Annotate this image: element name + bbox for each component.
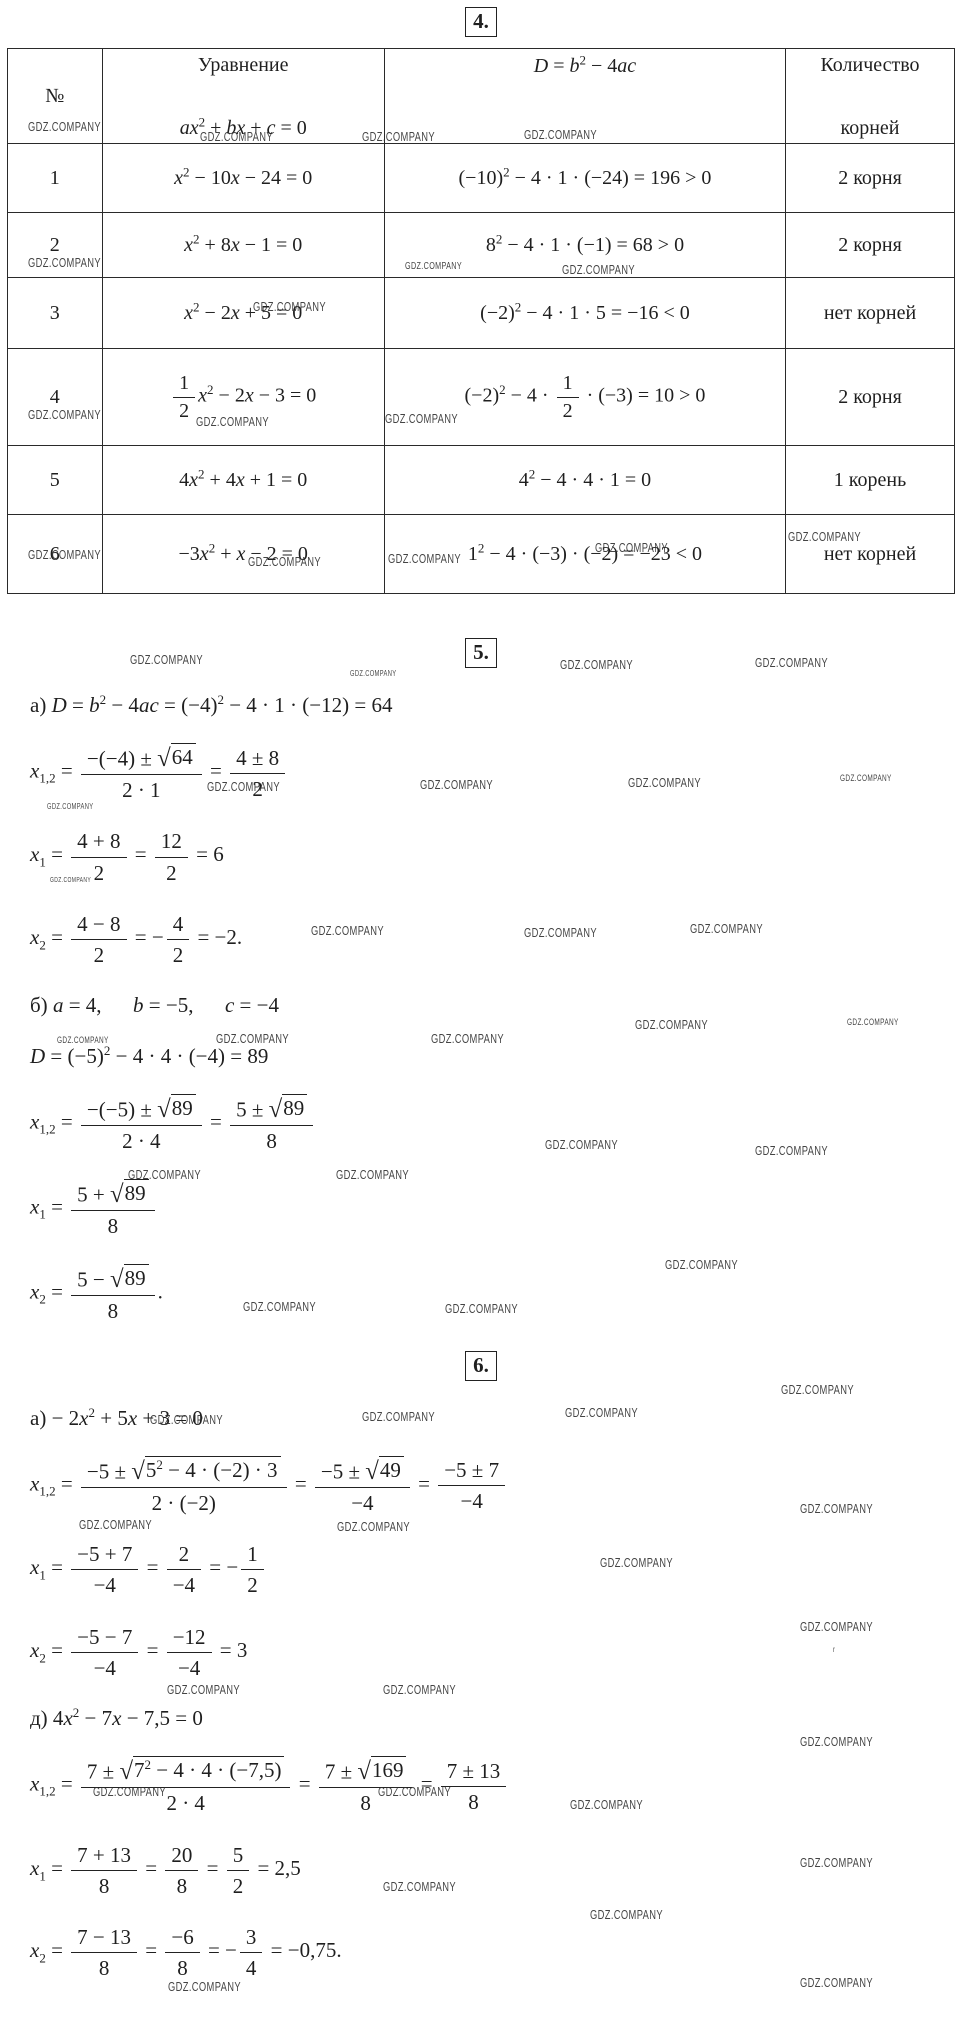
math-text: − 4: [106, 693, 139, 717]
math-text: = (−4): [159, 693, 218, 717]
math-text: =: [46, 1195, 68, 1219]
math-text: =: [415, 1772, 437, 1796]
fraction: 12: [557, 371, 579, 423]
fraction: −68: [165, 1923, 199, 1982]
subscript: 1,2: [39, 771, 55, 786]
math-text: − 1 = 0: [240, 234, 303, 256]
math-variable: b: [89, 693, 100, 717]
math-text: =: [46, 1856, 68, 1880]
math-text: − 4 · 1 · (−24) = 196 > 0: [510, 167, 712, 189]
numerator: 4 ± 8: [230, 744, 285, 774]
math-text: 12: [161, 829, 182, 853]
math-text: −3: [179, 543, 200, 565]
math-text: = 2,5: [252, 1856, 301, 1880]
math-variable: ac: [617, 55, 636, 77]
math-text: =: [46, 1938, 68, 1962]
math-line: x1 = 4 + 82 = 122 = 6: [30, 827, 962, 886]
math-text: −5 ±: [321, 1460, 365, 1484]
math-text: = 4,: [63, 993, 133, 1017]
math-variable: b: [133, 993, 144, 1017]
math-text: · (−3) = 10 > 0: [582, 385, 706, 407]
math-text: =: [56, 1109, 78, 1133]
math-variable: x: [184, 302, 193, 324]
equation-cell: −3x2 + x − 2 = 0: [102, 515, 384, 594]
denominator: 4: [240, 1953, 263, 1981]
fraction: 52: [227, 1841, 250, 1900]
numerator: 7 + 13: [71, 1841, 137, 1871]
math-text: = −2.: [192, 925, 242, 949]
radical-icon: √: [110, 1183, 124, 1207]
row-number-cell: 2: [8, 213, 103, 278]
math-text: 1: [247, 1542, 258, 1566]
math-text: −4: [173, 1573, 195, 1597]
math-variable: a: [53, 993, 64, 1017]
math-variable: x: [189, 469, 198, 491]
math-variable: x: [128, 1406, 137, 1430]
math-text: 5 +: [77, 1183, 110, 1207]
square-root: √64: [157, 743, 196, 770]
denominator: 2: [71, 940, 126, 968]
math-text: + 8: [200, 234, 231, 256]
table-row: 2x2 + 8x − 1 = 082 − 4 · 1 · (−1) = 68 >…: [8, 213, 955, 278]
denominator: −4: [167, 1570, 201, 1598]
numerator: −5 ± √49: [315, 1455, 410, 1488]
numerator: 1: [173, 371, 195, 398]
math-text: = −: [130, 925, 164, 949]
watermark-text: GDZ.COMPANY: [350, 669, 396, 678]
math-text: − 3 = 0: [254, 385, 317, 407]
math-text: =: [46, 1638, 68, 1662]
radical-icon: √: [119, 1760, 133, 1784]
radicand: 169: [371, 1756, 407, 1783]
numerator: −12: [167, 1623, 212, 1653]
roots-count-cell: 2 корня: [786, 144, 955, 213]
table-row: 6−3x2 + x − 2 = 012 − 4 · (−3) · (−2) = …: [8, 515, 955, 594]
math-variable: x: [198, 385, 207, 407]
math-text: −4: [94, 1656, 116, 1680]
math-text: + 3 = 0: [137, 1406, 203, 1430]
math-variable: x: [30, 1195, 39, 1219]
numerator: −(−4) ± √64: [81, 742, 202, 775]
fraction: 5 + √898: [71, 1178, 154, 1239]
watermark-text: GDZ.COMPANY: [781, 1382, 854, 1397]
radical-icon: √: [157, 1098, 171, 1122]
math-text: 2: [233, 1874, 244, 1898]
math-text: + 1 = 0: [245, 469, 308, 491]
math-text: − 4 ·: [506, 385, 554, 407]
radical-icon: √: [365, 1460, 379, 1484]
denominator: 8: [71, 1211, 154, 1239]
equation-cell: x2 + 8x − 1 = 0: [102, 213, 384, 278]
math-variable: b: [569, 55, 579, 77]
math-text: 7 ±: [87, 1760, 120, 1784]
math-text: 2: [179, 400, 189, 422]
radicand: 49: [379, 1456, 404, 1483]
math-text: 3: [246, 1925, 257, 1949]
math-text: −4: [460, 1489, 482, 1513]
math-variable: D: [534, 55, 548, 77]
square-root: √89: [157, 1094, 196, 1121]
radicand: 52 − 4 · (−2) · 3: [145, 1456, 281, 1483]
math-text: 4 − 8: [77, 912, 120, 936]
math-text: 8: [266, 1129, 277, 1153]
math-line: x2 = 4 − 82 = −42 = −2.: [30, 910, 962, 969]
numerator: 4 − 8: [71, 910, 126, 940]
fraction: 7 ± √1698: [319, 1755, 413, 1816]
math-text: − 4 · (−3) · (−2) = −23 < 0: [484, 543, 702, 565]
math-text: =: [46, 1280, 68, 1304]
math-text: −12: [173, 1625, 206, 1649]
math-text: 8: [468, 1790, 479, 1814]
denominator: 2: [241, 1570, 264, 1598]
watermark-text: GDZ.COMPANY: [130, 652, 203, 667]
math-variable: c: [225, 993, 234, 1017]
denominator: 2: [173, 398, 195, 423]
math-text: 2: [166, 861, 177, 885]
radicand: 89: [171, 1094, 196, 1121]
header-equation: Уравнение ax2 + bx + c = 0: [102, 49, 384, 144]
math-text: 2 · 1: [122, 778, 161, 802]
denominator: −4: [315, 1488, 410, 1516]
table-row: 54x2 + 4x + 1 = 042 − 4 · 4 · 1 = 01 кор…: [8, 446, 955, 515]
math-text: 4: [246, 1956, 257, 1980]
row-number-cell: 1: [8, 144, 103, 213]
equation-cell: x2 − 2x + 5 = 0: [102, 278, 384, 349]
roots-count-cell: 1 корень: [786, 446, 955, 515]
math-text: − 7,5 = 0: [121, 1706, 202, 1730]
table-row: 412x2 − 2x − 3 = 0(−2)2 − 4 · 12 · (−3) …: [8, 349, 955, 446]
denominator: 2: [71, 858, 126, 886]
fraction: 7 ± 138: [441, 1757, 507, 1816]
math-line: D = (−5)2 − 4 · 4 · (−4) = 89: [30, 1043, 962, 1069]
math-text: 7: [134, 1758, 145, 1782]
radicand: 64: [171, 743, 196, 770]
numerator: 1: [241, 1540, 264, 1570]
denominator: 2: [227, 1871, 250, 1899]
math-text: =: [141, 1555, 163, 1579]
numerator: 5 − √89: [71, 1263, 154, 1296]
row-number-cell: 3: [8, 278, 103, 349]
numerator: 5 + √89: [71, 1178, 154, 1211]
roots-count-cell: нет корней: [786, 515, 955, 594]
math-text: − 10: [190, 167, 231, 189]
math-text: 5: [146, 1458, 157, 1482]
math-text: 1: [179, 372, 189, 394]
fraction: 34: [240, 1923, 263, 1982]
math-text: =: [290, 1471, 312, 1495]
math-text: 8: [99, 1874, 110, 1898]
math-text: = −0,75.: [265, 1938, 341, 1962]
math-variable: x: [30, 1938, 39, 1962]
numerator: −5 − 7: [71, 1623, 138, 1653]
watermark-text: GDZ.COMPANY: [560, 657, 633, 672]
math-text: 8: [108, 1299, 119, 1323]
table-row: 3x2 − 2x + 5 = 0(−2)2 − 4 · 1 · 5 = −16 …: [8, 278, 955, 349]
math-variable: x: [30, 1638, 39, 1662]
header-discriminant: D = b2 − 4ac: [384, 49, 785, 144]
math-text: (−10): [459, 167, 504, 189]
header-equation-title: Уравнение: [109, 54, 378, 77]
math-text: =: [205, 759, 227, 783]
math-text: = −: [203, 1938, 237, 1962]
section-6-label: 6.: [465, 1351, 497, 1381]
fraction: 7 − 138: [71, 1923, 137, 1982]
math-line: x1,2 = −5 ± √52 − 4 · (−2) · 32 · (−2) =…: [30, 1455, 962, 1516]
discriminant-cell: 12 − 4 · (−3) · (−2) = −23 < 0: [384, 515, 785, 594]
math-variable: ac: [139, 693, 159, 717]
math-text: =: [293, 1772, 315, 1796]
header-discriminant-formula: D = b2 − 4ac: [391, 51, 779, 141]
fraction: −(−4) ± √642 · 1: [81, 742, 202, 803]
equation-cell: 12x2 − 2x − 3 = 0: [102, 349, 384, 446]
header-number: №: [8, 49, 103, 144]
math-text: = (−5): [45, 1044, 104, 1068]
math-text: − 2: [214, 385, 245, 407]
math-text: = −: [204, 1555, 238, 1579]
square-root: √169: [357, 1756, 406, 1783]
math-variable: x: [30, 925, 39, 949]
math-text: = −5,: [144, 993, 225, 1017]
math-line: x1 = −5 + 7−4 = 2−4 = −12: [30, 1540, 962, 1599]
math-text: =: [140, 1856, 162, 1880]
math-text: 5: [233, 1843, 244, 1867]
denominator: 2 · 4: [81, 1126, 202, 1154]
header-roots-count: Количество корней: [786, 49, 955, 144]
math-line: x1,2 = −(−4) ± √642 · 1 = 4 ± 82: [30, 742, 962, 803]
math-text: − 24 = 0: [240, 167, 313, 189]
math-variable: x: [30, 843, 39, 867]
radical-icon: √: [131, 1460, 145, 1484]
math-line: x2 = 7 − 138 = −68 = −34 = −0,75.: [30, 1923, 962, 1982]
numerator: 5: [227, 1841, 250, 1871]
math-text: 2: [94, 861, 105, 885]
math-text: =: [56, 759, 78, 783]
denominator: 8: [165, 1871, 198, 1899]
math-variable: x: [245, 385, 254, 407]
numerator: 7 − 13: [71, 1923, 137, 1953]
math-text: 89: [172, 1096, 193, 1120]
fraction: −5 + 7−4: [71, 1540, 138, 1599]
math-text: 2: [173, 943, 184, 967]
denominator: 8: [71, 1296, 154, 1324]
math-text: =: [46, 843, 68, 867]
fraction: 4 ± 82: [230, 744, 285, 803]
math-variable: x: [30, 1471, 39, 1495]
numerator: 20: [165, 1841, 198, 1871]
fraction: 5 ± √898: [230, 1093, 313, 1154]
math-variable: x: [231, 167, 240, 189]
math-text: = 3: [215, 1638, 248, 1662]
denominator: 8: [71, 1953, 137, 1981]
math-variable: x: [231, 234, 240, 256]
roots-count-cell: нет корней: [786, 278, 955, 349]
math-text: −4: [351, 1491, 373, 1515]
discriminant-cell: 82 − 4 · 1 · (−1) = 68 > 0: [384, 213, 785, 278]
math-text: 89: [125, 1266, 146, 1290]
fraction: 208: [165, 1841, 198, 1900]
math-variable: ax: [180, 117, 199, 139]
math-text: =: [201, 1856, 223, 1880]
numerator: −(−5) ± √89: [81, 1093, 202, 1126]
numerator: −5 ± √52 − 4 · (−2) · 3: [81, 1455, 287, 1488]
fraction: −5 − 7−4: [71, 1623, 138, 1682]
math-text: 7 − 13: [77, 1925, 131, 1949]
math-line: а) D = b2 − 4ac = (−4)2 − 4 · 1 · (−12) …: [30, 692, 962, 718]
math-text: − 2 = 0: [245, 543, 308, 565]
radicand: 89: [124, 1264, 149, 1291]
math-text: 8: [108, 1214, 119, 1238]
denominator: 8: [230, 1126, 313, 1154]
math-text: −(−4) ±: [87, 747, 157, 771]
header-roots-line2: корней: [792, 117, 948, 140]
fraction: −5 ± √49−4: [315, 1455, 410, 1516]
numerator: 4: [167, 910, 190, 940]
numerator: −6: [165, 1923, 199, 1953]
math-variable: D: [52, 693, 67, 717]
square-root: √49: [365, 1456, 404, 1483]
denominator: 2: [230, 774, 285, 802]
math-text: − 4 · (−2) · 3: [163, 1458, 278, 1482]
math-text: 5 −: [77, 1268, 110, 1292]
equation-cell: 4x2 + 4x + 1 = 0: [102, 446, 384, 515]
math-text: −(−5) ±: [87, 1098, 157, 1122]
denominator: −4: [71, 1653, 138, 1681]
fraction: 5 − √898: [71, 1263, 154, 1324]
math-text: 5 ±: [236, 1098, 269, 1122]
problem-6-solution: а) − 2x2 + 5x + 3 = 0x1,2 = −5 ± √52 − 4…: [0, 1405, 962, 1982]
math-text: − 7: [79, 1706, 112, 1730]
discriminant-cell: (−2)2 − 4 · 1 · 5 = −16 < 0: [384, 278, 785, 349]
math-text: − 4: [586, 55, 617, 77]
math-variable: x: [30, 1555, 39, 1579]
math-text: =: [46, 1555, 68, 1579]
math-text: 4: [173, 912, 184, 936]
math-line: б) a = 4, b = −5, c = −4: [30, 992, 962, 1018]
math-variable: x: [63, 1706, 72, 1730]
math-text: =: [548, 55, 569, 77]
equation-cell: x2 − 10x − 24 = 0: [102, 144, 384, 213]
table-body: 1x2 − 10x − 24 = 0(−10)2 − 4 · 1 · (−24)…: [8, 144, 955, 594]
denominator: 2 · 1: [81, 775, 202, 803]
math-text: − 4 · 4 · (−7,5): [151, 1758, 281, 1782]
denominator: 2: [167, 940, 190, 968]
math-variable: D: [30, 1044, 45, 1068]
square-root: √89: [269, 1094, 308, 1121]
fraction: 7 ± √72 − 4 · 4 · (−7,5)2 · 4: [81, 1755, 291, 1816]
discriminant-cell: (−10)2 − 4 · 1 · (−24) = 196 > 0: [384, 144, 785, 213]
math-text: б): [30, 993, 53, 1017]
math-variable: x: [30, 1772, 39, 1796]
subscript: 1,2: [39, 1122, 55, 1137]
fraction: −5 ± 7−4: [438, 1456, 505, 1515]
numerator: −5 + 7: [71, 1540, 138, 1570]
math-text: 89: [125, 1181, 146, 1205]
math-variable: x: [184, 234, 193, 256]
math-text: .: [158, 1280, 163, 1304]
math-text: = 0: [275, 117, 306, 139]
math-line: x2 = 5 − √898.: [30, 1263, 962, 1324]
numerator: −5 ± 7: [438, 1456, 505, 1486]
denominator: 8: [165, 1953, 199, 1981]
math-text: +: [215, 543, 236, 565]
math-text: 7 ±: [325, 1760, 358, 1784]
math-text: − 4 · 1 · 5 = −16 < 0: [521, 302, 689, 324]
math-text: 2: [252, 777, 263, 801]
solutions-table: № Уравнение ax2 + bx + c = 0 D = b2 − 4a…: [7, 48, 955, 594]
math-text: − 4 · 4 · 1 = 0: [535, 469, 651, 491]
denominator: 8: [71, 1871, 137, 1899]
math-text: −5 + 7: [77, 1542, 132, 1566]
math-text: =: [141, 1638, 163, 1662]
math-text: 2 · (−2): [152, 1491, 216, 1515]
numerator: 3: [240, 1923, 263, 1953]
fraction: 4 − 82: [71, 910, 126, 969]
section-4-label: 4.: [465, 7, 497, 37]
math-text: (−2): [465, 385, 500, 407]
math-text: 8: [177, 1956, 188, 1980]
math-text: 8: [360, 1791, 371, 1815]
radicand: 72 − 4 · 4 · (−7,5): [133, 1756, 284, 1783]
math-text: 2 · 4: [166, 1791, 205, 1815]
math-text: 2 · 4: [122, 1129, 161, 1153]
math-text: 49: [380, 1458, 401, 1482]
math-text: =: [56, 1772, 78, 1796]
square-root: √72 − 4 · 4 · (−7,5): [119, 1756, 284, 1783]
math-text: 4 ± 8: [236, 746, 279, 770]
math-variable: bx: [226, 117, 245, 139]
math-text: 89: [283, 1096, 304, 1120]
denominator: −4: [71, 1570, 138, 1598]
math-variable: x: [231, 302, 240, 324]
row-number-cell: 6: [8, 515, 103, 594]
square-root: √89: [110, 1264, 149, 1291]
math-text: = 6: [191, 843, 224, 867]
roots-count-cell: 2 корня: [786, 213, 955, 278]
fraction: −(−5) ± √892 · 4: [81, 1093, 202, 1154]
math-text: − 4 · 1 · (−12) = 64: [224, 693, 393, 717]
row-number-cell: 4: [8, 349, 103, 446]
math-text: =: [205, 1109, 227, 1133]
math-text: 169: [372, 1758, 404, 1782]
numerator: 7 ± √169: [319, 1755, 413, 1788]
discriminant-cell: (−2)2 − 4 · 12 · (−3) = 10 > 0: [384, 349, 785, 446]
math-variable: x: [30, 1856, 39, 1880]
math-variable: x: [30, 1109, 39, 1133]
math-text: =: [56, 1471, 78, 1495]
square-root: √52 − 4 · (−2) · 3: [131, 1456, 280, 1483]
math-text: −5 − 7: [77, 1625, 132, 1649]
math-text: 7 + 13: [77, 1843, 131, 1867]
math-text: 2: [563, 400, 573, 422]
fraction: −5 ± √52 − 4 · (−2) · 32 · (−2): [81, 1455, 287, 1516]
radicand: 89: [282, 1094, 307, 1121]
math-text: −5 ± 7: [444, 1458, 499, 1482]
math-line: x1 = 5 + √898: [30, 1178, 962, 1239]
numerator: 4 + 8: [71, 827, 126, 857]
math-text: 64: [172, 745, 193, 769]
denominator: 8: [319, 1788, 413, 1816]
math-variable: x: [30, 759, 39, 783]
math-text: 2: [247, 1573, 258, 1597]
math-line: а) − 2x2 + 5x + 3 = 0: [30, 1405, 962, 1431]
section-5-label: 5.: [465, 638, 497, 668]
math-text: 8: [99, 1956, 110, 1980]
math-text: 8: [177, 1874, 188, 1898]
radical-icon: √: [269, 1098, 283, 1122]
fraction: 12: [173, 371, 195, 423]
watermark-text: GDZ.COMPANY: [755, 655, 828, 670]
numerator: 5 ± √89: [230, 1093, 313, 1126]
